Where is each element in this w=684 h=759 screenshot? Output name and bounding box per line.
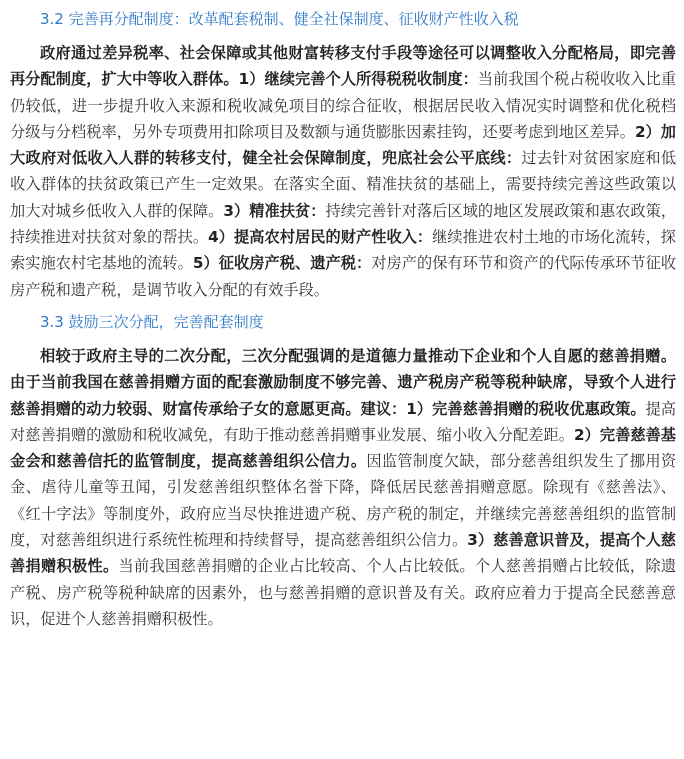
text-run: 相较于政府主导的二次分配，三次分配强调的是道德力量推动下企业和个人自愿的慈善捐赠… bbox=[10, 347, 676, 418]
text-run: 5）征收房产税、遗产税： bbox=[193, 254, 371, 272]
text-run: 4）提高农村居民的财产性收入： bbox=[208, 228, 432, 246]
section-heading-3-3: 3.3 鼓励三次分配，完善配套制度 bbox=[40, 311, 676, 333]
paragraph-redistribution: 政府通过差异税率、社会保障或其他财富转移支付手段等途径可以调整收入分配格局，即完… bbox=[10, 40, 676, 303]
section-heading-3-2: 3.2 完善再分配制度：改革配套税制、健全社保制度、征收财产性收入税 bbox=[40, 8, 676, 30]
text-run: 3）精准扶贫： bbox=[223, 202, 325, 220]
paragraph-third-distribution: 相较于政府主导的二次分配，三次分配强调的是道德力量推动下企业和个人自愿的慈善捐赠… bbox=[10, 343, 676, 632]
article-body: 3.2 完善再分配制度：改革配套税制、健全社保制度、征收财产性收入税 政府通过差… bbox=[0, 0, 684, 632]
